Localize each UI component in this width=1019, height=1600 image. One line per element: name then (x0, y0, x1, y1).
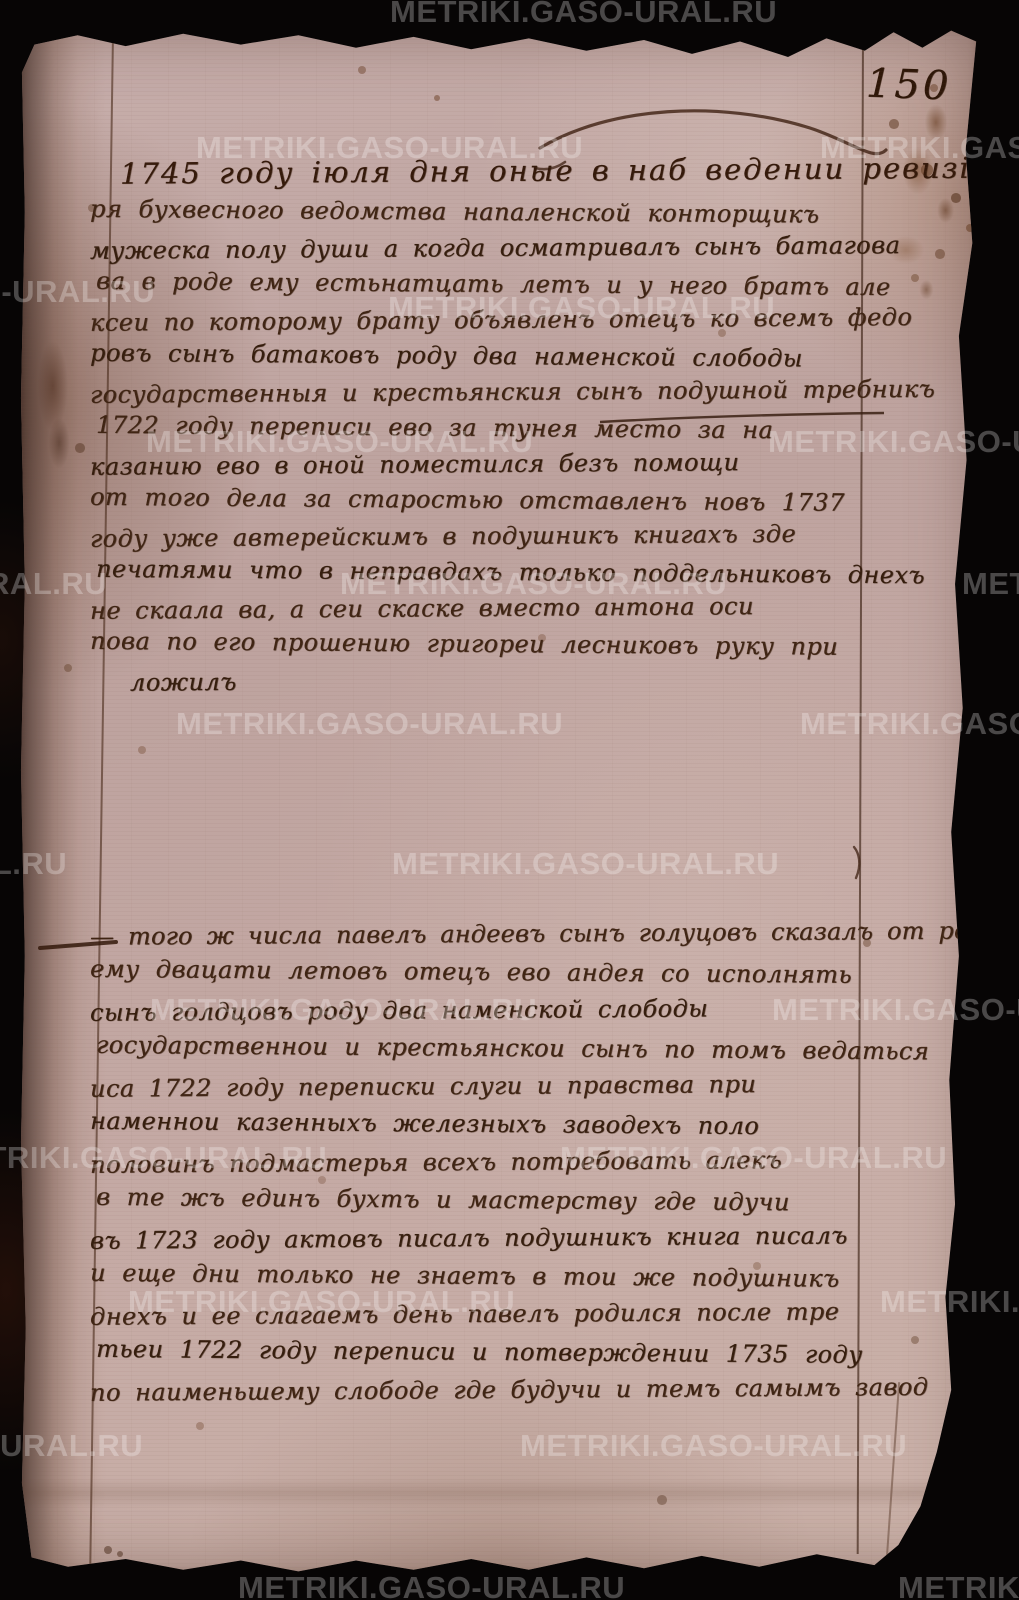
handwritten-line: по наименьшему слободе где будучи и темъ… (90, 1373, 896, 1417)
handwritten-line: ря бухвесного ведомства напаленской конт… (90, 195, 896, 237)
handwritten-line: днехъ и ее слагаемъ день павелъ родился … (90, 1297, 896, 1341)
handwritten-line: иса 1722 году переписки слуги и правства… (90, 1069, 896, 1113)
handwritten-line: въ 1723 году актовъ писалъ подушникъ кни… (90, 1221, 896, 1265)
handwritten-line: не скаала ва, а сеи скаске вместо антона… (90, 591, 896, 633)
stain-left-edge (36, 326, 78, 476)
foxing-spots (20, 26, 24, 30)
handwritten-line: наменнои казенныхъ железныхъ заводехъ по… (90, 1107, 896, 1151)
handwritten-line: пова по его прошению григореи лесниковъ … (90, 627, 896, 669)
handwritten-line: мужеска полу души а когда осматривалъ сы… (90, 231, 896, 273)
record-entry-2: — того ж числа павелъ андеевъ сынъ голуц… (90, 920, 896, 1414)
handwritten-line: казанию ево в оной поместился безъ помощ… (90, 447, 896, 489)
handwritten-line: и еще дни только не знаетъ в тои же поду… (90, 1259, 896, 1303)
handwritten-line: ложилъ (130, 663, 896, 704)
handwritten-line: ксеи по которому брату объявленъ отецъ к… (90, 303, 896, 345)
handwritten-line: от того дела за старостью отставленъ нов… (90, 483, 896, 525)
manuscript-scan: 150 1745 году іюля дня оные в наб ведени… (0, 0, 1019, 1600)
watermark: METRIKI.GASO-URAL.RU (390, 0, 777, 30)
handwritten-line: печатями что в неправдахъ только поддель… (96, 555, 896, 597)
handwritten-line: 1722 году переписи ево за тунея место за… (96, 411, 896, 453)
handwritten-line: в те жъ единъ бухтъ и мастерству где иду… (96, 1183, 896, 1227)
handwritten-line: 1745 году іюля дня оные в наб ведении ре… (120, 151, 896, 200)
folio-number: 150 (865, 61, 952, 110)
handwritten-line: ва в роде ему естьнатцать летъ и у него … (96, 267, 896, 309)
handwritten-line: ему двацати летовъ отецъ ево андея со ис… (90, 955, 896, 999)
handwritten-line: половинъ подмастерья всехъ потребовать а… (90, 1145, 896, 1189)
watermark: METRIKI.GASO-URAL.RU (238, 1570, 625, 1600)
handwritten-line: — того ж числа павелъ андеевъ сынъ голуц… (90, 917, 896, 961)
handwritten-line: году уже автерейскимъ в подушникъ книгах… (90, 519, 896, 561)
handwritten-line: государственнои и крестьянскои сынъ по т… (96, 1031, 896, 1075)
handwritten-line: ровъ сынъ батаковъ роду два наменской сл… (90, 339, 896, 381)
watermark: METRIKI.GASO-URAL.RU (898, 1570, 1019, 1600)
handwritten-line: тьеи 1722 году переписи и потверждении 1… (96, 1335, 896, 1379)
record-entry-1: 1745 году іюля дня оные в наб ведении ре… (90, 154, 896, 702)
watermark: METRIKI.GASO-URAL.RU (962, 566, 1019, 602)
handwritten-line: государственныя и крестьянския сынъ поду… (90, 375, 896, 417)
fold-shadow (20, 1478, 980, 1508)
manuscript-page: 150 1745 году іюля дня оные в наб ведени… (20, 26, 980, 1576)
handwritten-line: сынъ голдцовъ роду два наменской слободы (90, 993, 896, 1037)
